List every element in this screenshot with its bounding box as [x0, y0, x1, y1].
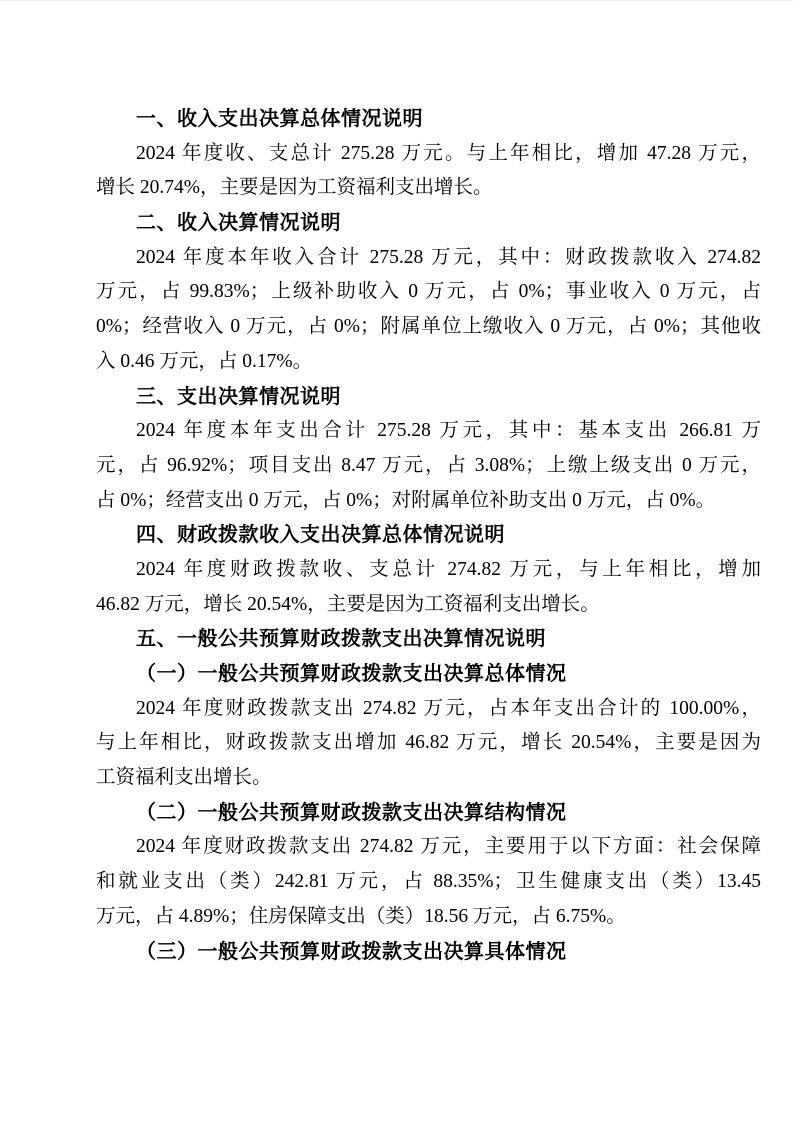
paragraph-line: 2024 年度财政拨款支出 274.82 万元，主要用于以下方面：社会保障 [96, 830, 761, 865]
paragraph-line: 与上年相比，财政拨款支出增加 46.82 万元，增长 20.54%，主要是因为 [96, 726, 761, 761]
section-heading: 三、支出决算情况说明 [96, 380, 761, 415]
paragraph-line: 2024 年度财政拨款支出 274.82 万元，占本年支出合计的 100.00%… [96, 692, 761, 727]
paragraph-line: 2024 年度财政拨款收、支总计 274.82 万元，与上年相比，增加 [96, 553, 761, 588]
paragraph-line: 2024 年度本年支出合计 275.28 万元，其中：基本支出 266.81 万 [96, 414, 761, 449]
section-heading: 五、一般公共预算财政拨款支出决算情况说明 [96, 622, 761, 657]
document-content: 一、收入支出决算总体情况说明2024 年度收、支总计 275.28 万元。与上年… [96, 102, 761, 969]
paragraph-line: 占 0%；经营支出 0 万元，占 0%；对附属单位补助支出 0 万元，占 0%。 [96, 484, 761, 519]
paragraph-line: 元，占 96.92%；项目支出 8.47 万元，占 3.08%；上缴上级支出 0… [96, 449, 761, 484]
section-heading: 二、收入决算情况说明 [96, 206, 761, 241]
paragraph-line: 万元，占 4.89%；住房保障支出（类）18.56 万元，占 6.75%。 [96, 900, 761, 935]
section-heading: （一）一般公共预算财政拨款支出决算总体情况 [96, 657, 761, 692]
document-page: 一、收入支出决算总体情况说明2024 年度收、支总计 275.28 万元。与上年… [0, 0, 793, 1122]
section-heading: 四、财政拨款收入支出决算总体情况说明 [96, 518, 761, 553]
paragraph-line: 增长 20.74%，主要是因为工资福利支出增长。 [96, 171, 761, 206]
section-heading: 一、收入支出决算总体情况说明 [96, 102, 761, 137]
paragraph-line: 46.82 万元，增长 20.54%，主要是因为工资福利支出增长。 [96, 588, 761, 623]
paragraph-line: 万元，占 99.83%；上级补助收入 0 万元，占 0%；事业收入 0 万元，占 [96, 275, 761, 310]
paragraph-line: 和就业支出（类）242.81 万元，占 88.35%；卫生健康支出（类）13.4… [96, 865, 761, 900]
paragraph-line: 入 0.46 万元，占 0.17%。 [96, 345, 761, 380]
paragraph-line: 0%；经营收入 0 万元，占 0%；附属单位上缴收入 0 万元，占 0%；其他收 [96, 310, 761, 345]
section-heading: （三）一般公共预算财政拨款支出决算具体情况 [96, 935, 761, 970]
paragraph-line: 工资福利支出增长。 [96, 761, 761, 796]
section-heading: （二）一般公共预算财政拨款支出决算结构情况 [96, 796, 761, 831]
paragraph-line: 2024 年度收、支总计 275.28 万元。与上年相比，增加 47.28 万元… [96, 137, 761, 172]
paragraph-line: 2024 年度本年收入合计 275.28 万元，其中：财政拨款收入 274.82 [96, 241, 761, 276]
